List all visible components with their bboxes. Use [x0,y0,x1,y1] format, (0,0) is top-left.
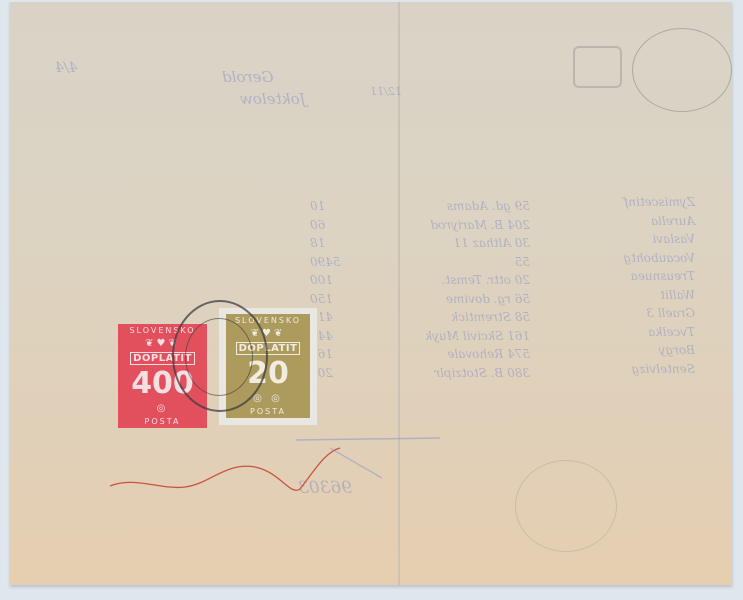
pencil-marks [0,0,743,600]
red-pencil-squiggle [110,448,340,490]
ink-slash [330,448,382,478]
ink-underline [296,438,440,440]
